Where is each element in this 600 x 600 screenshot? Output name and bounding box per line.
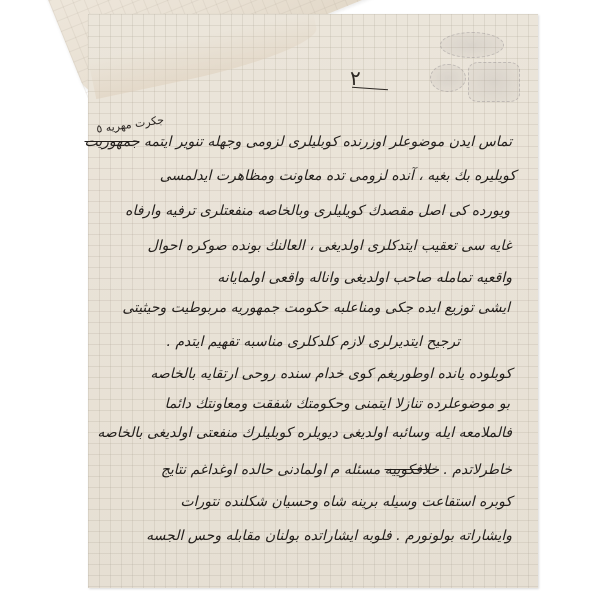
line-text: وايشاراته بولونورم . فلوبه ايشاراتده بول… [146,528,512,544]
handwritten-line: غايه سى تعقيب ايتدكلرى اولديغى ، العالنك… [148,238,512,254]
handwritten-line: واقعيه تمامله صاحب اولديغى واناله واقعى … [217,270,512,286]
handwritten-line: خاطرلاتدم . خلافكوييه مسئله م اولمادنى ح… [161,462,512,478]
line-text: واقعيه تمامله صاحب اولديغى واناله واقعى … [217,270,512,286]
handwritten-line: كويليره بك بغيه ، آنده لزومى تده معاونت … [160,168,516,184]
handwritten-line: بو موضوعلرده تنازلا ايتمنى وحكومتك شفقت … [165,396,510,412]
struck-word: جمهوريت [85,134,140,150]
handwritten-line: ايشى توزيع ايده جكى ومناعلبه حكومت جمهور… [122,300,510,316]
line-text: غايه سى تعقيب ايتدكلرى اولديغى ، العالنك… [148,238,512,254]
faded-seal-stamp [440,32,504,58]
line-text: كوبره استفاعت وسيله برينه شاه وحسيان شكل… [180,494,512,510]
struck-word: خلافكوييه [385,462,439,478]
faded-seal-stamp [468,62,520,102]
handwritten-line: كوبره استفاعت وسيله برينه شاه وحسيان شكل… [180,494,512,510]
line-text: ايشى توزيع ايده جكى ومناعلبه حكومت جمهور… [122,300,510,316]
handwritten-line: كوبلوده يانده اوطوريغم كوى خدام سنده روح… [150,366,512,382]
line-text: تماس ايدن موضوعلر اوزرنده كوبليلرى لزومى… [144,134,512,150]
line-text-after: مسئله م اولمادنى حالده اوغداغم نتايج [161,462,380,478]
document-photo: ٢ جكرت مهريه ٥ تماس ايدن موضوعلر اوزرنده… [0,0,600,600]
line-text: ترجيح ايتديرلرى لازم كلدكلرى مناسبه تفهي… [166,334,460,350]
handwritten-line: فالملامعه ايله وسائبه اولديغى ديويلره كو… [97,425,512,441]
handwritten-line: وايشاراته بولونورم . فلوبه ايشاراتده بول… [146,528,512,544]
line-text: خاطرلاتدم . [443,462,512,478]
faded-seal-stamp [430,64,466,92]
handwritten-line: ترجيح ايتديرلرى لازم كلدكلرى مناسبه تفهي… [166,334,460,350]
line-text: ويورده كى اصل مقصدك كويليلرى وبالخاصه من… [125,203,510,219]
line-text: فالملامعه ايله وسائبه اولديغى ديويلره كو… [97,425,512,441]
handwritten-line: ويورده كى اصل مقصدك كويليلرى وبالخاصه من… [125,203,510,219]
line-text: كوبلوده يانده اوطوريغم كوى خدام سنده روح… [150,366,512,382]
handwritten-line: تماس ايدن موضوعلر اوزرنده كوبليلرى لزومى… [85,134,512,150]
line-text: بو موضوعلرده تنازلا ايتمنى وحكومتك شفقت … [165,396,510,412]
line-text: كويليره بك بغيه ، آنده لزومى تده معاونت … [160,168,516,184]
